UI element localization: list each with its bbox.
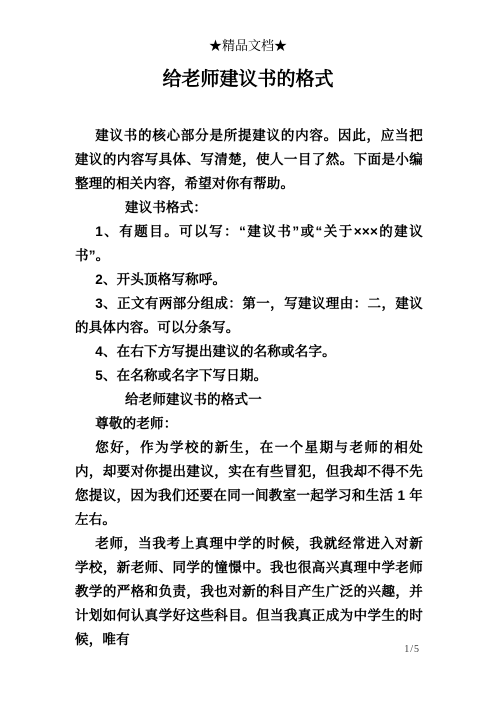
page-number: 1/5 [404,644,420,655]
document-body: 建议书的核心部分是所提建议的内容。因此，应当把建议的内容写具体、写清楚，使人一目… [75,124,423,652]
page-title: 给老师建议书的格式 [0,64,496,91]
paragraph-format-heading: 建议书格式： [75,196,423,220]
paragraph-intro: 建议书的核心部分是所提建议的内容。因此，应当把建议的内容写具体、写清楚，使人一目… [75,124,423,196]
doc-header-label: ★精品文档★ [0,0,496,54]
paragraph-item-1: 1、有题目。可以写：“建议书”或“关于×××的建议书”。 [75,220,423,268]
document-page: ★精品文档★ 给老师建议书的格式 建议书的核心部分是所提建议的内容。因此，应当把… [0,0,496,702]
paragraph-letter-1: 您好，作为学校的新生，在一个星期与老师的相处内，却要对你提出建议，实在有些冒犯，… [75,436,423,532]
paragraph-sample-heading: 给老师建议书的格式一 [75,388,423,412]
paragraph-salutation: 尊敬的老师： [75,412,423,436]
paragraph-item-4: 4、在右下方写提出建议的名称或名字。 [75,340,423,364]
paragraph-letter-2: 老师，当我考上真理中学的时候，我就经常进入对新学校，新老师、同学的憧憬中。我也很… [75,532,423,652]
paragraph-item-2: 2、开头顶格写称呼。 [75,268,423,292]
paragraph-item-3: 3、正文有两部分组成：第一，写建议理由：二，建议的具体内容。可以分条写。 [75,292,423,340]
paragraph-item-5: 5、在名称或名字下写日期。 [75,364,423,388]
